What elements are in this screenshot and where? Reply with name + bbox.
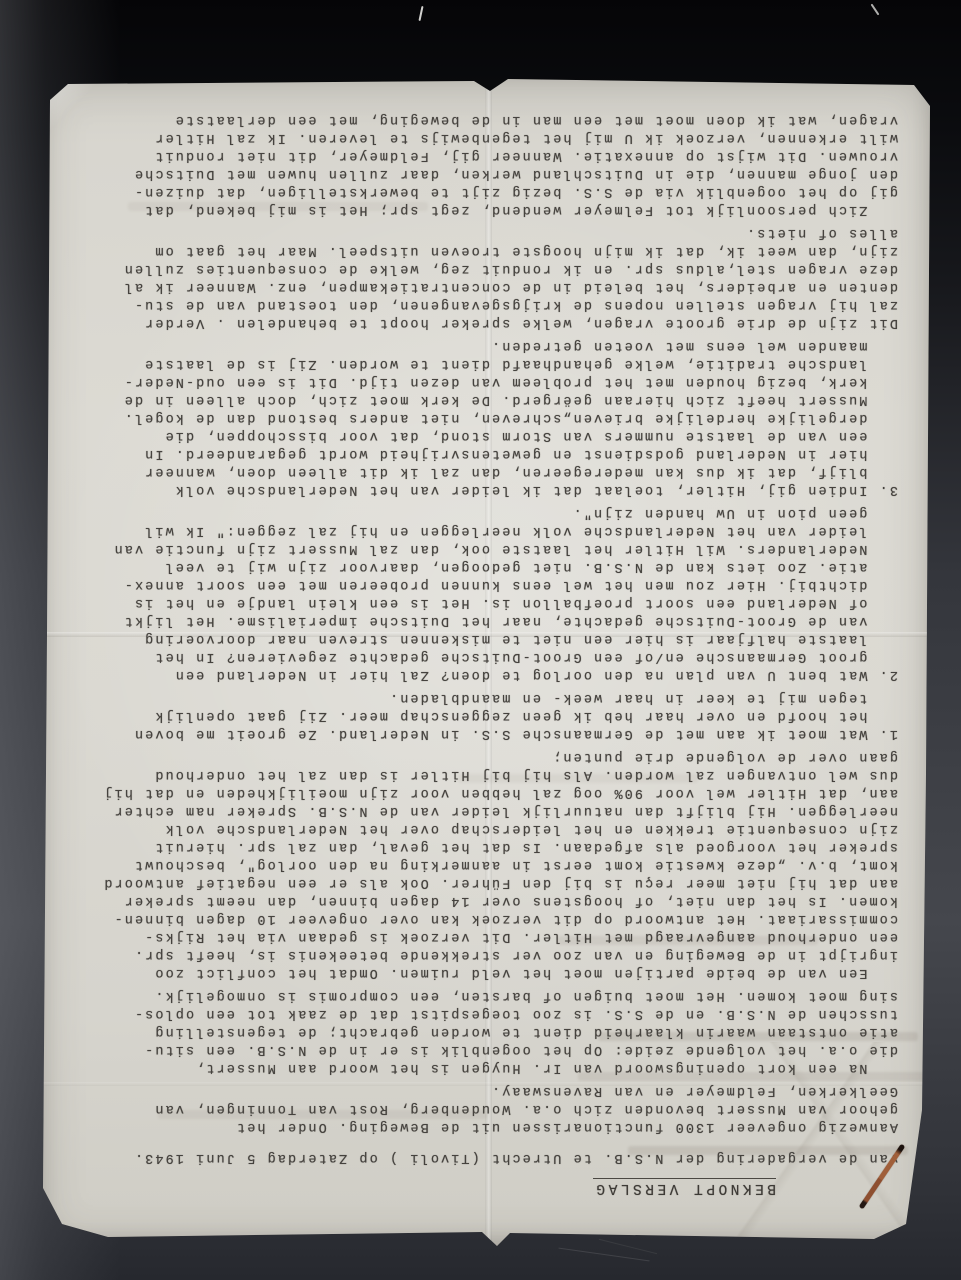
paragraph: Zich persoonlijk tot Felmeyer wendend, z…	[68, 110, 898, 218]
text-line: gij op het oogenblik via de S.S. bezig z…	[68, 182, 898, 200]
report-title: BEKNOPT VERSLAG	[593, 1178, 776, 1196]
text-line: Nederlanders. Wil Hitler het laatste ook…	[68, 539, 898, 557]
document-paper: BEKNOPT VERSLAG van de vergadering der N…	[38, 74, 932, 1248]
text-line: gaan over de volgende drie punten;	[68, 747, 898, 765]
text-line: komen. Is het dan niet, of hoogstens ove…	[68, 891, 898, 909]
text-line: Na een kort openingswoord van Ir. Huygen…	[68, 1058, 898, 1076]
text-line: zal hij vragen stellen nopens de krijgsg…	[68, 295, 898, 313]
text-line: tegen mij te keer in haar week- en maand…	[68, 688, 898, 706]
text-line: Mussert heeft zich hieraan geërgerd. De …	[68, 390, 898, 408]
text-line: maanden wel eens met voeten getreden.	[68, 336, 898, 354]
text-line: spreker het voorgoed als afgedaan. Is da…	[68, 837, 898, 855]
text-line: denten en arbeiders, het beleid in de co…	[68, 277, 898, 295]
text-line: zijn consequentie trekken en het leiders…	[68, 819, 898, 837]
text-line: atie. Zoo iets kan de N.S.B. niet gedoog…	[68, 557, 898, 575]
report-body: Aanwezig ongeveer 1300 functionarissen u…	[68, 110, 898, 1135]
text-line: aan dat hij niet meer reçu is bij den Fü…	[68, 873, 898, 891]
text-line: ingrijpt in de Beweging en van zoo ver s…	[68, 945, 898, 963]
document-content: BEKNOPT VERSLAG van de vergadering der N…	[38, 74, 932, 1248]
text-line: landsche traditie, welke gehandhaafd die…	[68, 354, 898, 372]
text-line: dergelijke herdelijke brieven„schreven, …	[68, 408, 898, 426]
text-line: groot Germaansche en/of een Groot-Duitsc…	[68, 647, 898, 665]
text-line: sing moet komen. Het moet buigen of bars…	[68, 986, 898, 1004]
text-line: 1. Wat moet ik aan met de Germaansche S.…	[68, 724, 898, 742]
title-row: BEKNOPT VERSLAG	[68, 1178, 898, 1198]
text-line: gehoor van Mussert bevonden zich o.a. Wo…	[68, 1099, 898, 1117]
text-line: aan, dat Hitler wel voor 90% oog zal heb…	[68, 783, 898, 801]
text-line: vragen, wat ik doen moet met een man in …	[68, 110, 898, 128]
paragraph: 1. Wat moet ik aan met de Germaansche S.…	[68, 688, 898, 742]
paragraph: Aanwezig ongeveer 1300 functionarissen u…	[68, 1081, 898, 1135]
text-line: Geelkerken, Feldmeyer en van Ravenswaay.	[68, 1081, 898, 1099]
text-line: het hoofd en over haar heb ik geen zegge…	[68, 706, 898, 724]
text-line: Een van de beide partijen moet het veld …	[68, 963, 898, 981]
text-line: den jonge mannen, die in Duitschland wer…	[68, 164, 898, 182]
text-line: hier in Nederland godsdienst en gewetens…	[68, 444, 898, 462]
text-line: alles of niets.	[68, 223, 898, 241]
text-line: een van de laatste nummers van Storm sto…	[68, 426, 898, 444]
paragraph: Een van de beide partijen moet het veld …	[68, 747, 898, 981]
text-line: neerleggen. Hij blijft dan natuurlijk le…	[68, 801, 898, 819]
photo-background: BEKNOPT VERSLAG van de vergadering der N…	[0, 0, 961, 1280]
text-line: tusschen de N.S.B. en de S.S. is zoo toe…	[68, 1004, 898, 1022]
surface-scratch	[599, 1239, 657, 1254]
text-line: zijn, dan weet ik, dat ik mijn hoogste t…	[68, 241, 898, 259]
text-line: van de Groot-Duitsche gedachte, naar het…	[68, 611, 898, 629]
text-line: 3. Indien gij, Hitler, toelaat dat ik le…	[68, 480, 898, 498]
text-line: Zich persoonlijk tot Felmeyer wendend, z…	[68, 200, 898, 218]
text-line: kerk, bezig houden met het probleem van …	[68, 372, 898, 390]
paragraph: Dit zijn de drie groote vragen, welke sp…	[68, 223, 898, 331]
text-line: een onderhoud aangevraagd met Hitler. Di…	[68, 927, 898, 945]
report-subtitle: van de vergadering der N.S.B. te Utrecht…	[68, 1150, 898, 1165]
dust-speck	[871, 4, 880, 16]
text-line: Dit zijn de drie groote vragen, welke sp…	[68, 313, 898, 331]
text-line: dus wel ontvangen zal worden. Als hij bi…	[68, 765, 898, 783]
text-line: dichtbij. Hier zou men het wel eens kunn…	[68, 575, 898, 593]
surface-scratch	[558, 1248, 649, 1262]
paragraph: Na een kort openingswoord van Ir. Huygen…	[68, 986, 898, 1076]
text-line: Aanwezig ongeveer 1300 functionarissen u…	[68, 1117, 898, 1135]
dust-speck	[418, 6, 423, 21]
text-line: wilt erkennen, verzoek ik U mij het tege…	[68, 128, 898, 146]
text-line: commissariaat. Het antwoord op dit verzo…	[68, 909, 898, 927]
text-line: 2. Wat bent U van plan na den oorlog te …	[68, 665, 898, 683]
text-line: atie ontstaan waarin klaarheid dient te …	[68, 1022, 898, 1040]
text-line: komt, b.v. „deze kwestie komt eerst in a…	[68, 855, 898, 873]
text-line: laatste halfjaar is hier een niet te mis…	[68, 629, 898, 647]
text-line: deze vragen stel,aldus spr. en ik rondui…	[68, 259, 898, 277]
paragraph: 2. Wat bent U van plan na den oorlog te …	[68, 503, 898, 683]
text-line: blijf, dat ik dus kan mederegeeren, dan …	[68, 462, 898, 480]
text-line: of Nederland een soort proefballon is. H…	[68, 593, 898, 611]
text-line: vrouwen. Dit wijst op annexatie. Wanneer…	[68, 146, 898, 164]
paragraph: 3. Indien gij, Hitler, toelaat dat ik le…	[68, 336, 898, 498]
text-line: die o.a. het volgende zeide: Op het ooge…	[68, 1040, 898, 1058]
text-line: geen pion in Uw handen zijn".	[68, 503, 898, 521]
text-line: leider van het Nederlandsche volk neerle…	[68, 521, 898, 539]
